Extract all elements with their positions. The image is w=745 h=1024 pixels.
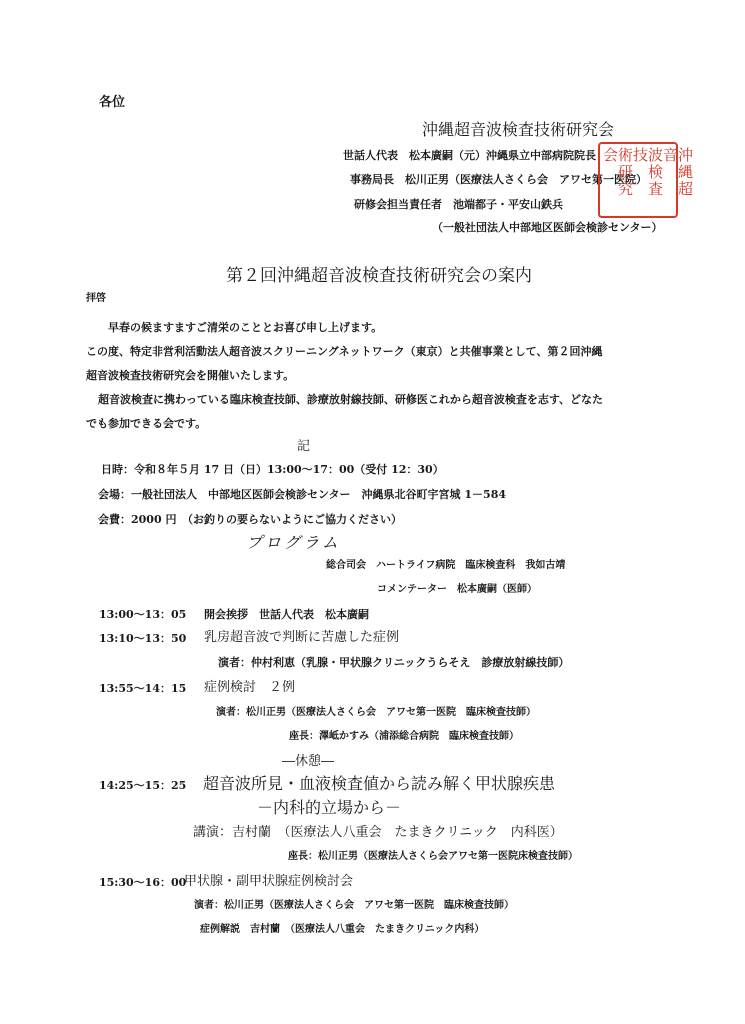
- body-paragraph: 超音波検査に携わっている臨床検査技師、診療放射線技師、研修医これから超音波検査を…: [98, 394, 603, 405]
- document-title: 第２回沖縄超音波検査技術研究会の案内: [226, 268, 532, 285]
- sender-coordinators: 研修会担当責任者 池端都子・平安山鉄兵: [354, 199, 563, 210]
- ki-marker: 記: [297, 440, 310, 453]
- program-commentator: コメンテーター 松本廣嗣（医師）: [377, 585, 537, 595]
- program-item-speaker: 演者：松川正男（医療法人さくら会 アワセ第一医院 臨床検査技師）: [194, 901, 514, 911]
- program-item-title: 開会挨拶 世話人代表 松本廣嗣: [204, 609, 369, 620]
- program-item-subtitle: －内科的立場から－: [257, 800, 401, 816]
- program-item-speaker: 講演：吉村蘭 （医療法人八重会 たまきクリニック 内科医）: [193, 826, 563, 839]
- event-fee: 会費：2000 円 （お釣りの要らないようにご協力ください）: [98, 514, 402, 525]
- break-label: ―休憩―: [282, 755, 334, 768]
- seal-column: 沖縄超音: [662, 147, 692, 213]
- program-item-chair: 座長：松川正男（医療法人さくら会アワセ第一医院床検査技師）: [288, 852, 578, 862]
- program-mc: 総合司会 ハートライフ病院 臨床検査科 我如古靖: [326, 561, 565, 571]
- seal-column: 術研究会: [602, 147, 632, 213]
- program-item-title: 乳房超音波で判断に苦慮した症例: [204, 631, 399, 644]
- sender-representative: 世話人代表 松本廣嗣（元）沖縄県立中部病院院長: [343, 150, 596, 161]
- organization-seal-stamp: 沖縄超音 波検査技 術研究会: [598, 142, 678, 218]
- body-paragraph: この度、特定非営利活動法人超音波スクリーニングネットワーク（東京）と共催事業とし…: [86, 346, 602, 357]
- body-paragraph: 早春の候ますますご清栄のこととお喜び申し上げます。: [108, 322, 382, 333]
- program-item-commentary: 症例解説 吉村蘭 （医療法人八重会 たまきクリニック内科）: [200, 925, 484, 935]
- program-item-time: 13:10～13：50: [99, 633, 186, 644]
- program-item-speaker: 演者：仲村利恵（乳腺・甲状腺クリニックうらそえ 診療放射線技師）: [218, 657, 569, 668]
- program-item-chair: 座長：澤岻かすみ（浦添総合病院 臨床検査技師）: [289, 732, 519, 742]
- program-item-speaker: 演者：松川正男（医療法人さくら会 アワセ第一医院 臨床検査技師）: [216, 708, 536, 718]
- program-item-time: 13:00～13：05: [99, 609, 186, 620]
- sender-affiliation: （一般社団法人中部地区医師会検診センター）: [432, 222, 663, 233]
- program-item-time: 13:55～14：15: [99, 683, 186, 694]
- addressee: 各位: [99, 96, 125, 109]
- program-item-time: 14:25～15：25: [99, 780, 186, 791]
- program-item-title: 症例検討 ２例: [204, 681, 295, 694]
- body-paragraph: 超音波検査技術研究会を開催いたします。: [86, 370, 294, 381]
- program-item-time: 15:30～16：00: [99, 877, 186, 888]
- sender-organization: 沖縄超音波検査技術研究会: [422, 122, 614, 138]
- salutation: 拝啓: [86, 294, 106, 304]
- program-heading: プログラム: [246, 535, 341, 551]
- body-paragraph: でも参加できる会です。: [86, 418, 206, 429]
- seal-column: 波検査技: [632, 147, 662, 213]
- event-venue: 会場：一般社団法人 中部地区医師会検診センター 沖縄県北谷町宇宮城 1－584: [98, 489, 506, 500]
- program-item-title: 甲状腺・副甲状腺症例検討会: [184, 875, 353, 888]
- program-item-title: 超音波所見・血液検査値から読み解く甲状腺疾患: [203, 776, 555, 792]
- event-datetime: 日時：令和８年５月 17 日（日）13:00～17：00（受付 12：30）: [101, 464, 444, 475]
